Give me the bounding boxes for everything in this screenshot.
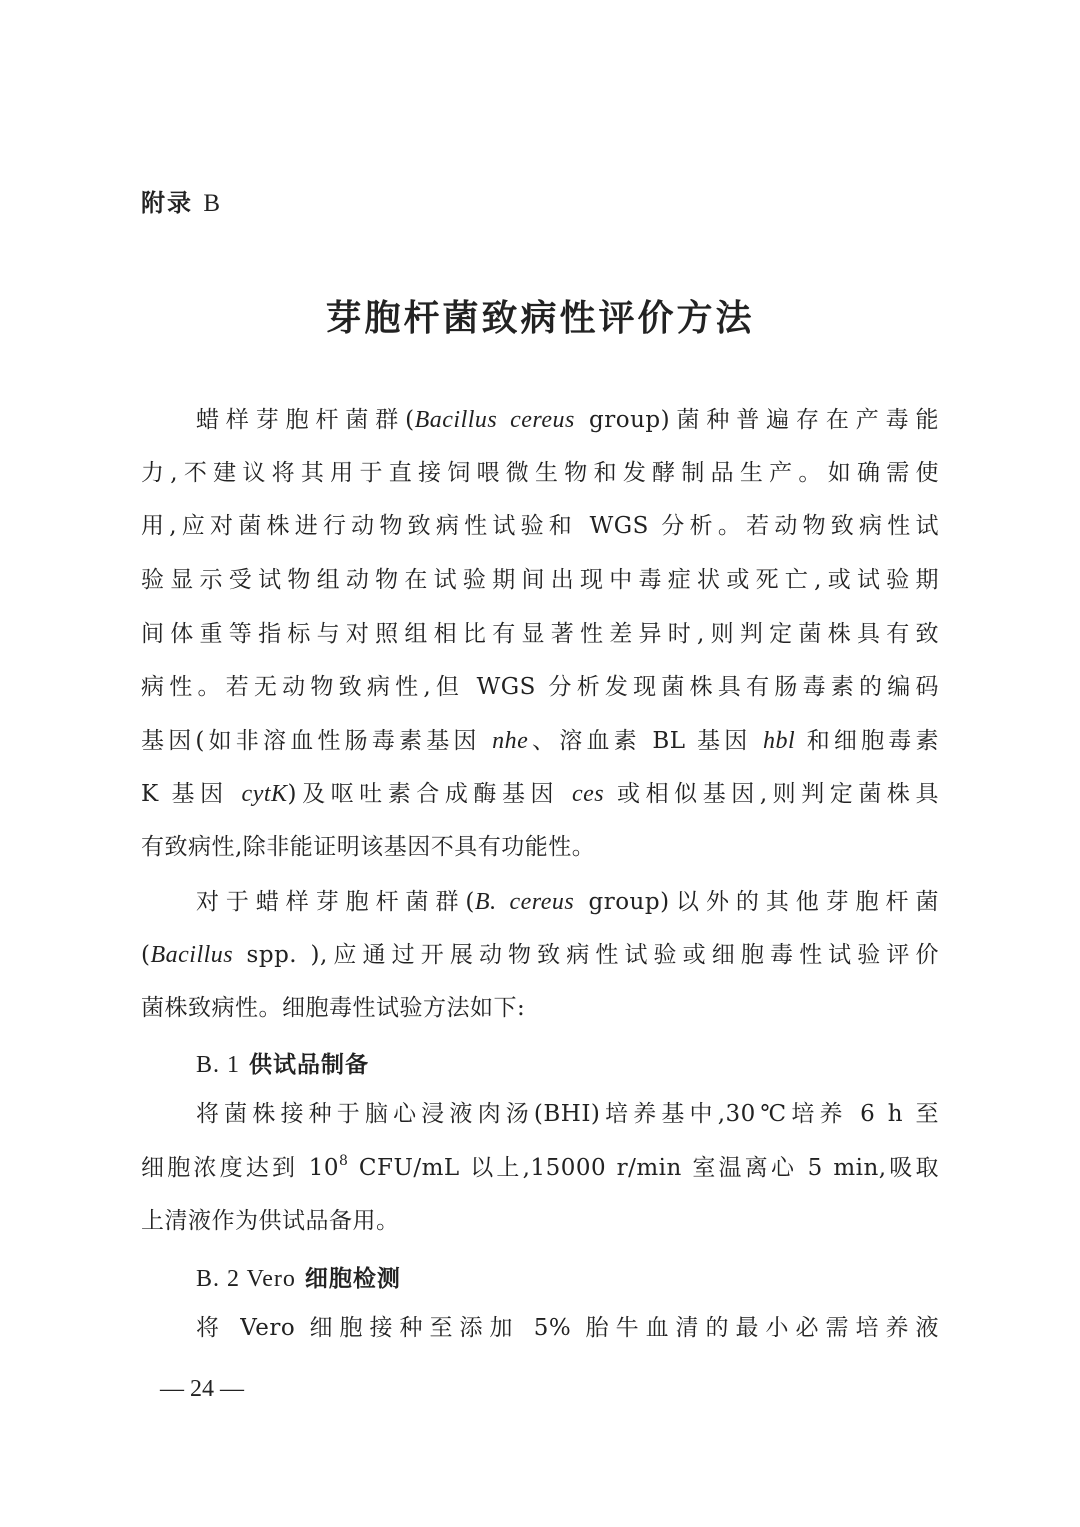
- appendix-label-text: 附录: [141, 189, 193, 217]
- appendix-letter: B: [203, 190, 222, 217]
- paragraph-2-line-3: 菌株致病性。细胞毒性试验方法如下:: [141, 993, 939, 1023]
- page-number: — 24 —: [160, 1376, 244, 1403]
- paragraph-1-line-2: 力,不建议将其用于直接饲喂微生物和发酵制品生产。如确需使: [141, 458, 939, 488]
- section-b1-heading: B. 1 供试品制备: [196, 1046, 369, 1079]
- paragraph-1-line-1: 蜡样芽胞杆菌群(Bacillus cereus group)菌种普遍存在产毒能: [196, 405, 939, 435]
- section-b2-heading: B. 2 Vero 细胞检测: [196, 1260, 401, 1293]
- paragraph-1-line-5: 间体重等指标与对照组相比有显著性差异时,则判定菌株具有致: [141, 619, 939, 649]
- section-b1-line-1: 将菌株接种于脑心浸液肉汤(BHI)培养基中,30℃培养 6 h 至: [196, 1099, 939, 1129]
- section-b1-number: B. 1: [196, 1052, 240, 1078]
- section-b2-title: 细胞检测: [305, 1266, 401, 1292]
- section-b1-line-3: 上清液作为供试品备用。: [141, 1206, 939, 1236]
- appendix-label: 附录 B: [141, 183, 222, 218]
- paragraph-1-line-8: K 基因 cytK)及呕吐素合成酶基因 ces 或相似基因,则判定菌株具: [141, 779, 939, 809]
- section-b2-line-1: 将 Vero 细胞接种至添加 5% 胎牛血清的最小必需培养液: [196, 1313, 939, 1343]
- section-b2-number: B. 2 Vero: [196, 1266, 296, 1292]
- section-b1-title: 供试品制备: [249, 1052, 369, 1078]
- paragraph-1-line-4: 验显示受试物组动物在试验期间出现中毒症状或死亡,或试验期: [141, 565, 939, 595]
- paragraph-2-line-1: 对于蜡样芽胞杆菌群(B. cereus group)以外的其他芽胞杆菌: [196, 887, 939, 917]
- paragraph-2-line-2: (Bacillus spp. ),应通过开展动物致病性试验或细胞毒性试验评价: [141, 940, 939, 970]
- paragraph-1-line-7: 基因(如非溶血性肠毒素基因 nhe、溶血素 BL 基因 hbl 和细胞毒素: [141, 726, 939, 756]
- paragraph-1-line-3: 用,应对菌株进行动物致病性试验和 WGS 分析。若动物致病性试: [141, 511, 939, 541]
- document-title: 芽胞杆菌致病性评价方法: [0, 290, 1080, 341]
- section-b1-line-2: 细胞浓度达到 108 CFU/mL 以上,15000 r/min 室温离心 5 …: [141, 1153, 939, 1183]
- paragraph-1-line-9: 有致病性,除非能证明该基因不具有功能性。: [141, 832, 939, 862]
- paragraph-1-line-6: 病性。若无动物致病性,但 WGS 分析发现菌株具有肠毒素的编码: [141, 672, 939, 702]
